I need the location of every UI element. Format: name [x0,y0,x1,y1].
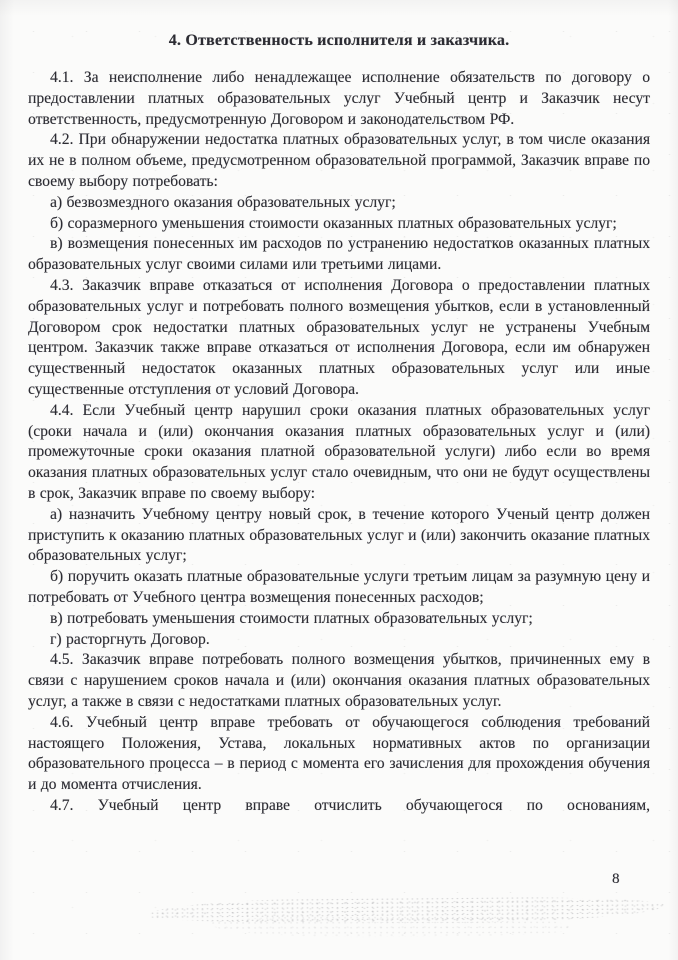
page-title: 4. Ответственность исполнителя и заказчи… [30,32,648,50]
paragraph: в) возмещения понесенных им расходов по … [28,234,650,276]
paragraph: 4.2. При обнаружении недостатка платных … [28,130,650,192]
paragraph: 4.3. Заказчик вправе отказаться от испол… [28,276,650,401]
paragraph: 4.7. Учебный центр вправе отчислить обуч… [28,796,650,817]
paragraph: а) безвозмездного оказания образовательн… [28,193,650,214]
paragraph: б) соразмерного уменьшения стоимости ока… [28,214,650,235]
document-page: 4. Ответственность исполнителя и заказчи… [0,0,678,960]
paragraph: а) назначить Учебному центру новый срок,… [28,505,650,567]
paragraph: б) поручить оказать платные образователь… [28,567,650,609]
paragraph: в) потребовать уменьшения стоимости плат… [28,609,650,630]
scan-noise-artifact [150,895,665,925]
document-body: 4.1. За неисполнение либо ненадлежащее и… [28,68,650,817]
paragraph: г) расторгнуть Договор. [28,630,650,651]
page-number: 8 [612,871,620,888]
paragraph: 4.6. Учебный центр вправе требовать от о… [28,713,650,796]
paragraph: 4.4. Если Учебный центр нарушил сроки ок… [28,401,650,505]
paragraph: 4.1. За неисполнение либо ненадлежащее и… [28,68,650,130]
paragraph: 4.5. Заказчик вправе потребовать полного… [28,650,650,712]
